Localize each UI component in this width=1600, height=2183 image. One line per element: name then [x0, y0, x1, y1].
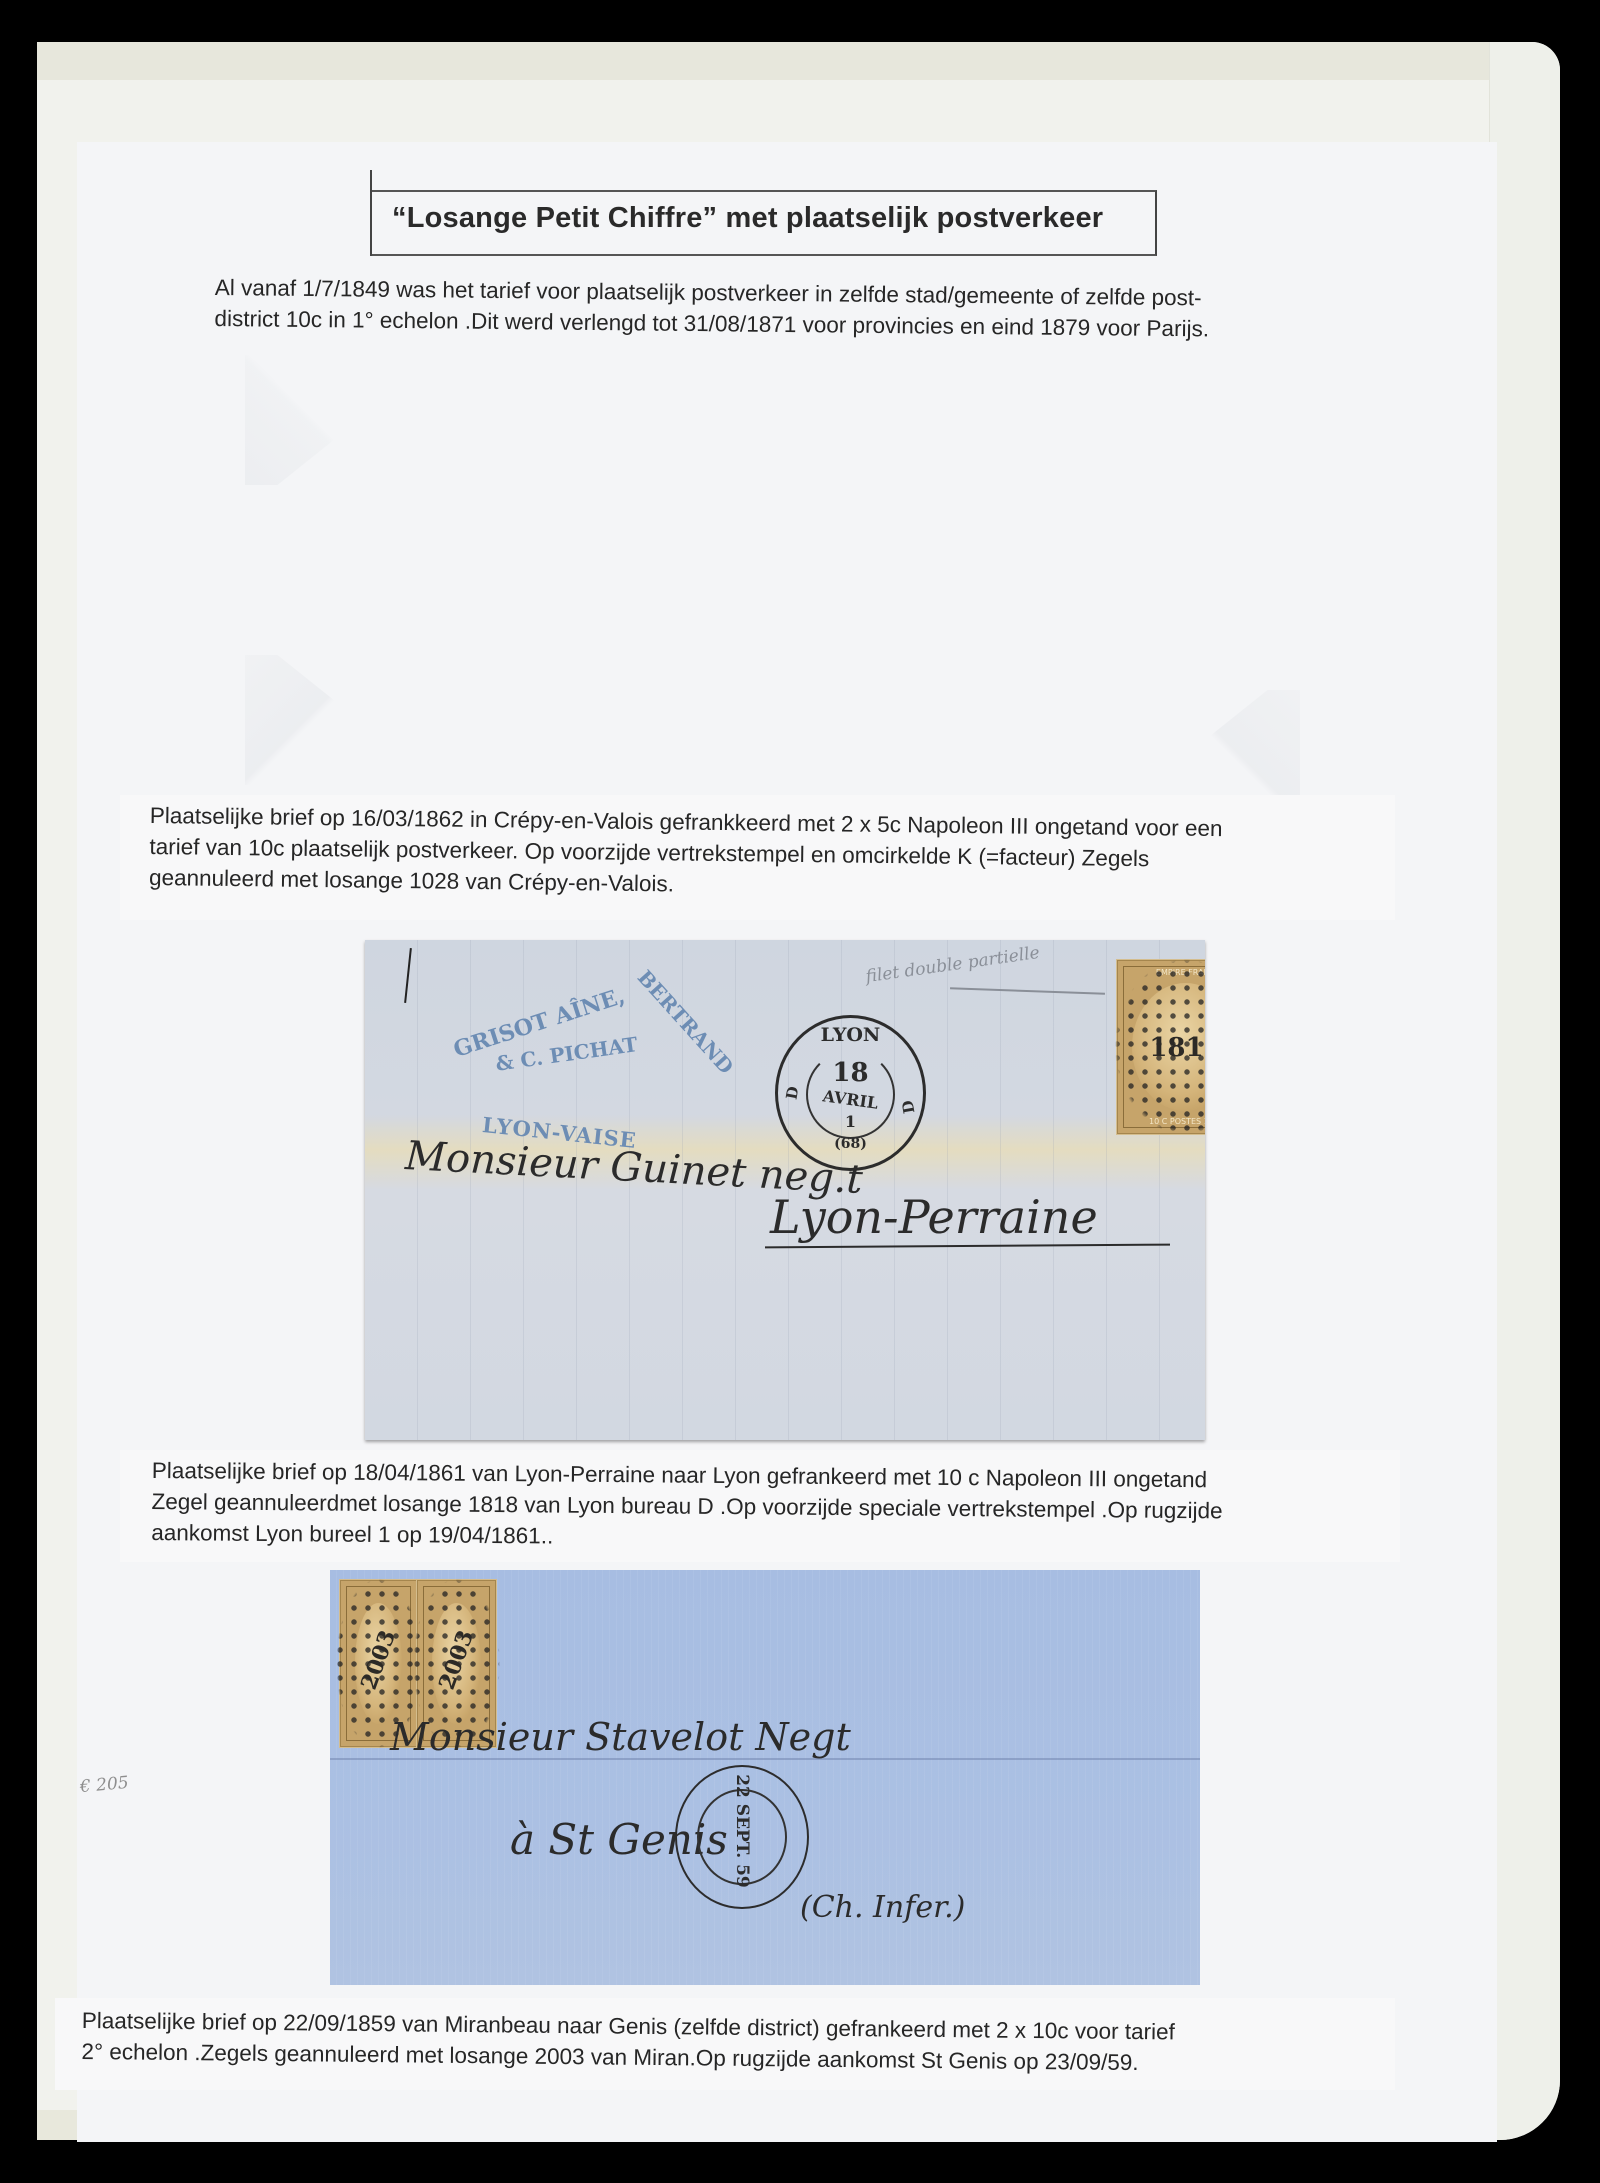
title-box: “Losange Petit Chiffre” met plaatselijk …	[370, 190, 1157, 256]
sender-cachet: GRISOT AÎNE, & C. PICHAT BERTRAND LYON-V…	[450, 1000, 730, 1140]
address-line: (Ch. Infer.)	[800, 1890, 965, 1925]
postmark-lyon: LYON 18 AVRIL 1 (68) D D	[775, 1015, 926, 1171]
cover-mirambeau: 2003 2003 Monsieur Stavelot Negt à St Ge…	[330, 1570, 1200, 1985]
page-binding-edge	[1489, 42, 1560, 2140]
cover-lyon: GRISOT AÎNE, & C. PICHAT BERTRAND LYON-V…	[365, 940, 1205, 1440]
intro-text: Al vanaf 1/7/1849 was het tarief voor pl…	[214, 272, 1209, 344]
page-top-strip	[37, 42, 1517, 80]
stamp-napoleon-10c: EMPIRE FRANC 10 C POSTES 10 C 1818	[1117, 960, 1205, 1134]
address-line: Monsieur Stavelot Negt	[390, 1715, 851, 1759]
caption-cover-2: Plaatselijke brief op 18/04/1861 van Lyo…	[151, 1455, 1223, 1557]
caption-cover-1: Plaatselijke brief op 16/03/1862 in Crép…	[149, 800, 1223, 906]
postmark-mirambeau: 22 SEPT. 59	[675, 1765, 809, 1909]
caption-cover-3: Plaatselijke brief op 22/09/1859 van Mir…	[81, 2005, 1175, 2078]
page-title: “Losange Petit Chiffre” met plaatselijk …	[392, 202, 1103, 235]
address-line: Lyon-Perraine	[770, 1190, 1098, 1244]
price-note: € 205	[79, 1773, 129, 1797]
